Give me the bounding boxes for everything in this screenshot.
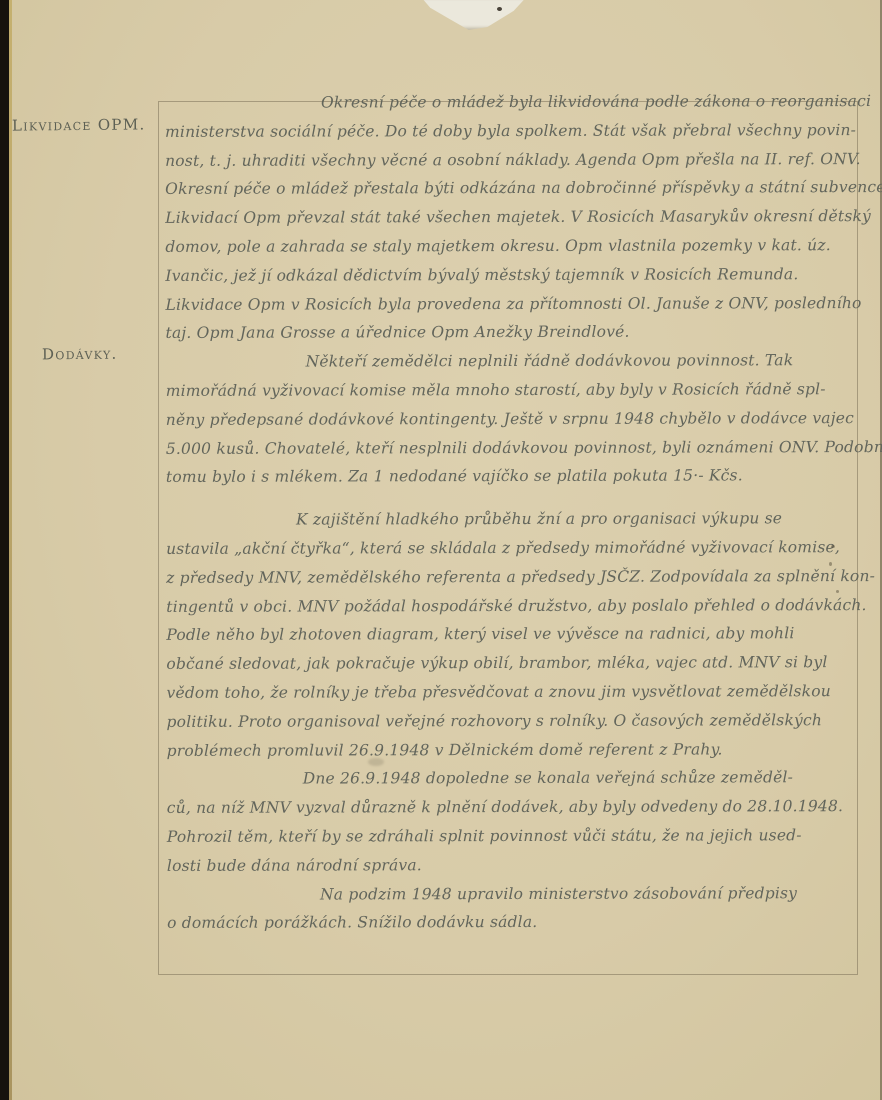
text-line: občané sledovat, jak pokračuje výkup obi… (166, 648, 850, 679)
text-line: Podle něho byl zhotoven diagram, který v… (166, 619, 850, 650)
text-line: Okresní péče o mládež byla likvidována p… (165, 87, 849, 118)
text-line: taj. Opm Jana Grosse a úřednice Opm Anež… (165, 317, 849, 348)
text-line: o domácích porážkách. Snížilo dodávku sá… (167, 907, 851, 938)
text-line: něny předepsané dodávkové kontingenty. J… (166, 404, 850, 435)
paper-speck (831, 545, 835, 548)
text-line: Na podzim 1948 upravilo ministerstvo zás… (167, 879, 851, 910)
paper-speck (836, 590, 839, 593)
text-line: Pohrozil těm, kteří by se zdráhali splni… (167, 821, 851, 852)
text-line: ustavila „akční čtyřka“, která se skláda… (166, 533, 850, 564)
paragraph-dodavky-2: K zajištění hladkého průběhu žní a pro o… (166, 504, 851, 765)
text-line: Likvidací Opm převzal stát také všechen … (165, 202, 849, 233)
text-line: losti bude dána národní správa. (167, 850, 851, 881)
paper-smudge (368, 758, 384, 766)
text-line: K zajištění hladkého průběhu žní a pro o… (166, 504, 850, 535)
text-line: politiku. Proto organisoval veřejné rozh… (167, 706, 851, 737)
paragraph-dodavky-4: Na podzim 1948 upravilo ministerstvo zás… (167, 879, 851, 938)
handwritten-text-block: Okresní péče o mládež byla likvidována p… (165, 87, 851, 938)
text-line: Okresní péče o mládež přestala býti odká… (165, 173, 849, 204)
text-line: ců, na níž MNV vyzval důrazně k plnění d… (167, 792, 851, 823)
text-line: tomu bylo i s mlékem. Za 1 nedodané vají… (166, 461, 850, 492)
binding-edge-left (0, 0, 9, 1100)
text-line: tingentů v obci. MNV požádal hospodářské… (166, 591, 850, 622)
text-line: z předsedy MNV, zemědělského referenta a… (166, 562, 850, 593)
paragraph-likvidace-opm: Okresní péče o mládež byla likvidována p… (165, 87, 850, 348)
text-line: domov, pole a zahrada se staly majetkem … (165, 231, 849, 262)
text-line: Likvidace Opm v Rosicích byla provedena … (165, 289, 849, 320)
paper-speck (829, 562, 832, 566)
margin-note-likvidace-opm: Likvidace OPM. (12, 115, 146, 134)
text-line: ministerstva sociální péče. Do té doby b… (165, 116, 849, 147)
text-line: nost, t. j. uhraditi všechny věcné a oso… (165, 145, 849, 176)
text-line: 5.000 kusů. Chovatelé, kteří nesplnili d… (166, 433, 850, 464)
scanned-chronicle-page: Likvidace OPM. Dodávky. Okresní péče o m… (0, 0, 882, 1100)
text-line: Ivančic, jež jí odkázal dědictvím bývalý… (165, 260, 849, 291)
paper-tear-speck (497, 7, 502, 11)
paragraph-dodavky-1: Někteří zemědělci neplnili řádně dodávko… (166, 346, 850, 492)
paragraph-dodavky-3: Dne 26.9.1948 dopoledne se konala veřejn… (167, 763, 851, 880)
text-line: vědom toho, že rolníky je třeba přesvědč… (166, 677, 850, 708)
text-line: mimořádná vyživovací komise měla mnoho s… (166, 375, 850, 406)
page-edge-highlight (9, 0, 12, 1100)
text-line: Dne 26.9.1948 dopoledne se konala veřejn… (167, 763, 851, 794)
margin-note-dodavky: Dodávky. (42, 345, 118, 364)
text-line: Někteří zemědělci neplnili řádně dodávko… (166, 346, 850, 377)
paper-tear-top (417, 0, 527, 30)
text-line: problémech promluvil 26.9.1948 v Dělnick… (167, 735, 851, 766)
